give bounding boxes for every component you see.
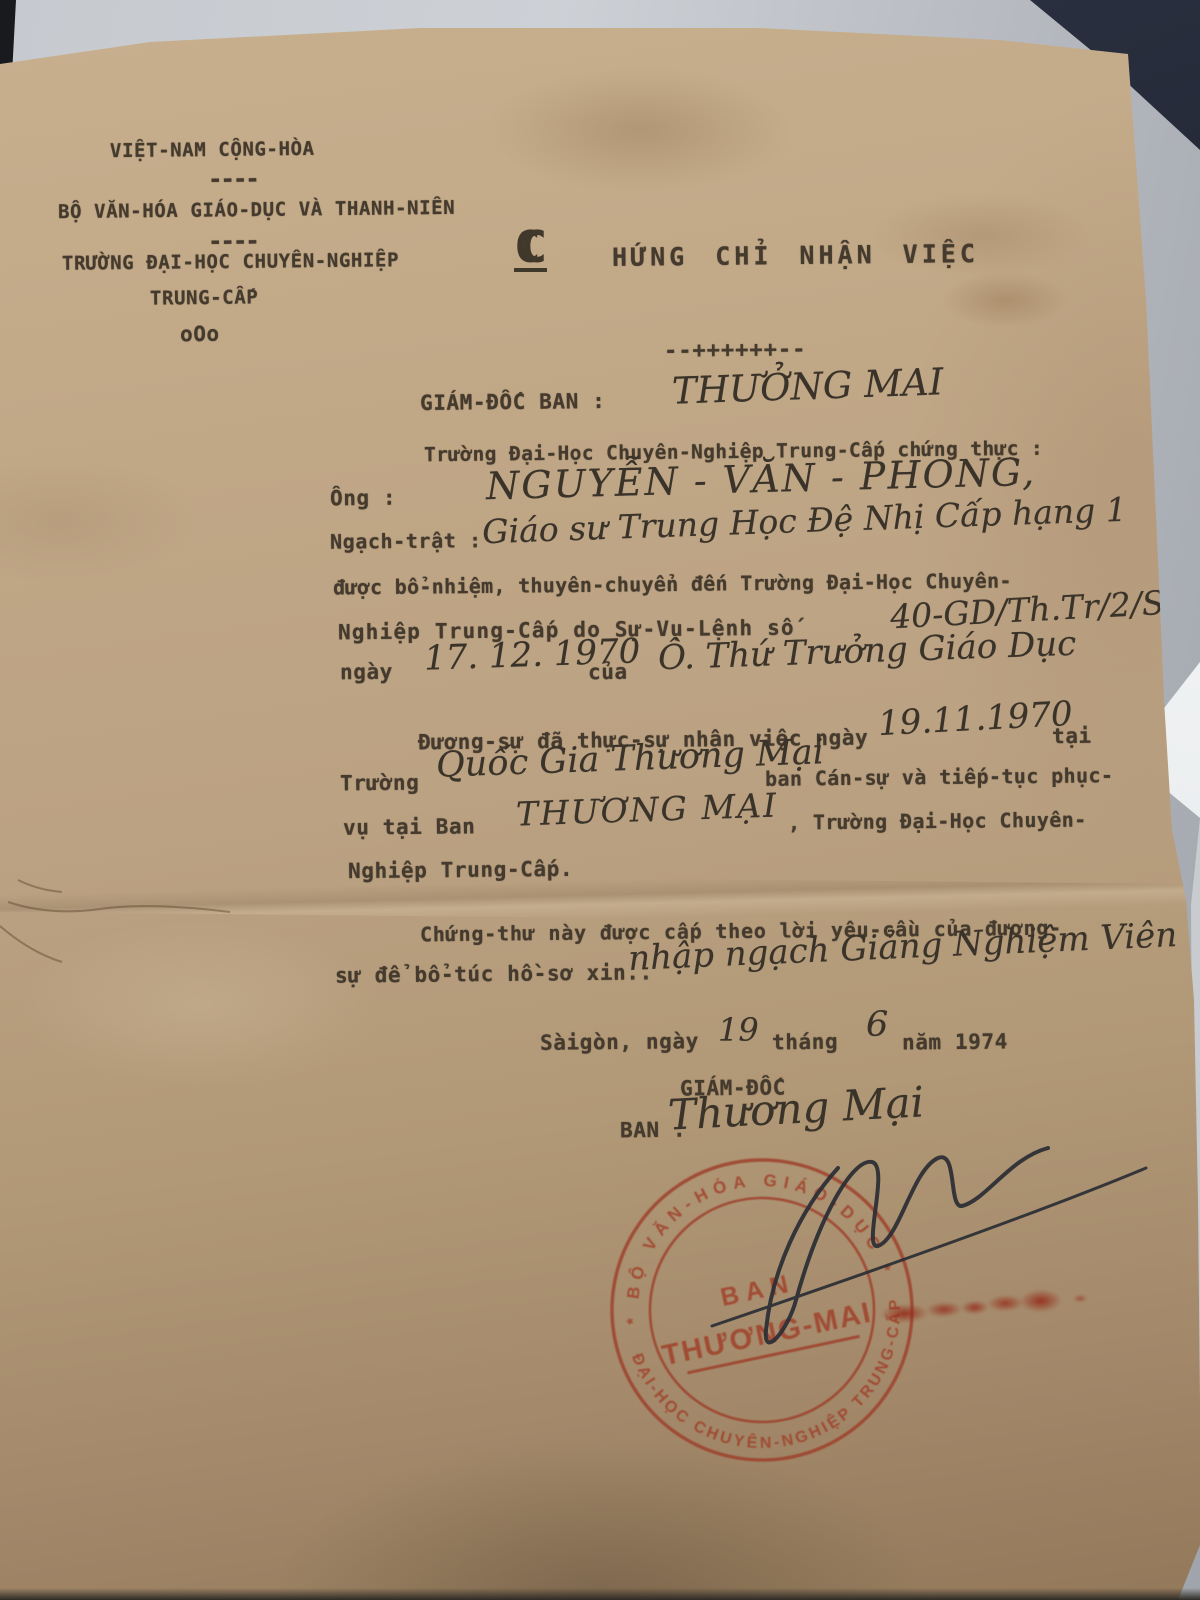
stamp-and-signature-layer: * BỘ VĂN-HÓA GIÁO-DỤC * ĐẠI-HỌC CHUYÊN-N… bbox=[0, 0, 1200, 1600]
photo-of-document: VIỆT-NAM CỘNG-HÒA ---- BỘ VĂN-HÓA GIÁO-D… bbox=[0, 0, 1200, 1600]
background-bottom-edge bbox=[0, 1588, 1200, 1600]
left-edge-tear-marks bbox=[0, 880, 230, 962]
red-ink-smudge-stamp bbox=[877, 1278, 1099, 1338]
document-paper: VIỆT-NAM CỘNG-HÒA ---- BỘ VĂN-HÓA GIÁO-D… bbox=[0, 0, 1200, 1600]
stamp-center-line1: BAN bbox=[718, 1269, 797, 1312]
